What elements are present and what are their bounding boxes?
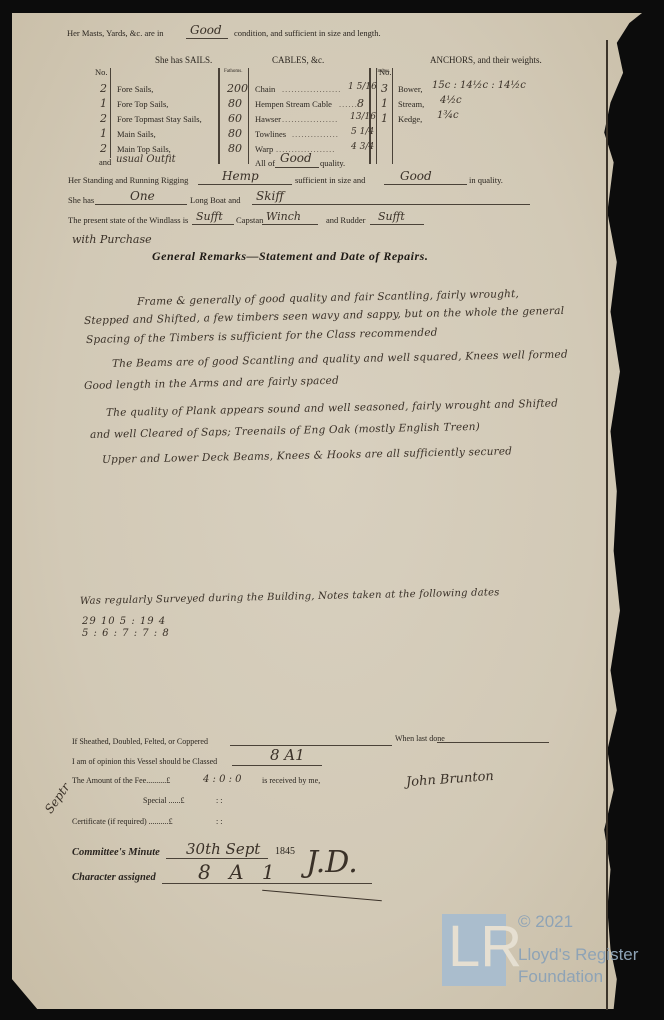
- leader-dots: ...............: [292, 129, 339, 139]
- sheathed-label: If Sheathed, Doubled, Felted, or Coppere…: [72, 737, 208, 746]
- rule: [110, 68, 111, 158]
- windlass-label: The present state of the Windlass is: [68, 215, 188, 225]
- sail-label: Fore Topmast Stay Sails,: [117, 114, 202, 124]
- sheathed-underline: [230, 745, 392, 746]
- purchase-note: with Purchase: [72, 233, 152, 246]
- sail-count: 2: [100, 142, 107, 155]
- rigging-label: Her Standing and Running Rigging: [68, 175, 188, 185]
- classed-label: I am of opinion this Vessel should be Cl…: [72, 757, 217, 766]
- sail-label: Main Top Sails,: [117, 144, 171, 154]
- cable-fathoms: 80: [228, 127, 242, 140]
- watermark-line2: Foundation: [518, 967, 603, 987]
- cable-inches: 4 3/4: [351, 142, 374, 152]
- rigging-quality-underline: [384, 184, 467, 185]
- sail-count: 2: [100, 82, 107, 95]
- cable-fathoms: 80: [228, 97, 242, 110]
- anchor-label: Kedge,: [398, 114, 422, 124]
- boats-label: She has: [68, 195, 94, 205]
- fee-suffix: is received by me,: [262, 776, 320, 785]
- boats-middle: Long Boat and: [190, 195, 241, 205]
- cable-inches: 13/16: [350, 112, 376, 122]
- all-of-value: Good: [280, 151, 312, 165]
- rudder-underline: [370, 224, 424, 225]
- anchor-label: Stream,: [398, 99, 424, 109]
- sail-count: 1: [100, 97, 107, 110]
- anchor-weight: 15c : 14½c : 14½c: [432, 80, 526, 91]
- anchor-weight: 1¾c: [437, 110, 459, 121]
- boats-underline: [95, 204, 187, 205]
- sails-header: She has SAILS.: [155, 55, 212, 65]
- special-colons: : :: [216, 796, 222, 805]
- remarks-title: General Remarks—Statement and Date of Re…: [152, 249, 428, 264]
- rigging-quality-value: Good: [400, 169, 432, 183]
- sail-count: 2: [100, 112, 107, 125]
- committee-year: 1845: [275, 846, 295, 857]
- cables-header: CABLES, &c.: [272, 55, 324, 65]
- rigging-underline: [198, 184, 292, 185]
- cable-inches: 8: [357, 97, 364, 110]
- sails-no-label: No.: [95, 67, 108, 77]
- all-of-underline: [275, 167, 319, 168]
- masts-value: Good: [190, 23, 222, 37]
- classed-underline: [232, 765, 322, 766]
- cable-inches: 5 1/4: [351, 127, 374, 137]
- rigging-value: Hemp: [222, 169, 259, 183]
- rudder-label: and Rudder: [326, 215, 365, 225]
- fathoms-label: Fathoms.: [224, 69, 242, 74]
- sail-count: 1: [100, 127, 107, 140]
- boats-skiff-value: Skiff: [256, 189, 284, 203]
- cable-fathoms: 60: [228, 112, 242, 125]
- character-value: 8 A 1: [198, 860, 281, 884]
- anchor-count: 3: [381, 82, 388, 95]
- windlass-value: Sufft: [196, 210, 223, 223]
- cable-label: Hempen Stream Cable: [255, 99, 332, 109]
- cable-label: Chain: [255, 84, 275, 94]
- capstan-underline: [262, 224, 318, 225]
- rule: [248, 68, 249, 164]
- character-label: Character assigned: [72, 872, 156, 883]
- survey-dates-top: 29 10 5 : 19 4: [82, 616, 166, 627]
- rule: [392, 68, 393, 164]
- quality-label: quality.: [320, 158, 345, 168]
- anchors-no-label: No.: [379, 67, 392, 77]
- cable-inches: 1 5/16: [348, 82, 377, 92]
- fee-value: 4 : 0 : 0: [203, 774, 242, 785]
- cable-label: Towlines: [255, 129, 286, 139]
- certificate-label: Certificate (if required) ..........£: [72, 817, 173, 826]
- rigging-middle: sufficient in size and: [295, 175, 365, 185]
- capstan-value: Winch: [266, 210, 301, 223]
- rudder-value: Sufft: [378, 210, 405, 223]
- rule: [218, 68, 220, 164]
- anchor-weight: 4½c: [440, 95, 462, 106]
- watermark-line1: Lloyd's Register: [518, 945, 638, 965]
- leader-dots: ......: [339, 99, 358, 109]
- cable-label: Hawser: [255, 114, 281, 124]
- anchor-count: 1: [381, 112, 388, 125]
- committee-value: 30th Sept: [186, 840, 260, 858]
- lr-logo-letters: LR: [448, 918, 522, 976]
- right-margin-rule: [606, 40, 608, 1010]
- lr-logo-icon: LR: [442, 914, 506, 986]
- committee-label: Committee's Minute: [72, 847, 160, 858]
- anchor-label: Bower,: [398, 84, 422, 94]
- anchor-count: 1: [381, 97, 388, 110]
- last-done-underline: [437, 742, 549, 743]
- rigging-suffix: in quality.: [469, 175, 503, 185]
- cable-fathoms: 80: [228, 142, 242, 155]
- sail-label: Main Sails,: [117, 129, 156, 139]
- sail-label: Fore Top Sails,: [117, 99, 168, 109]
- certificate-colons: : :: [216, 817, 222, 826]
- leader-dots: ..................: [282, 114, 338, 124]
- masts-label: Her Masts, Yards, &c. are in: [67, 28, 164, 38]
- fee-label: The Amount of the Fee..........£: [72, 776, 170, 785]
- committee-underline: [166, 858, 268, 859]
- sails-and-value: usual Outfit: [116, 154, 176, 165]
- masts-suffix: condition, and sufficient in size and le…: [234, 28, 381, 38]
- survey-dates-bottom: 5 : 6 : 7 : 7 : 8: [82, 628, 170, 639]
- watermark-copyright: © 2021: [518, 912, 573, 932]
- sail-label: Fore Sails,: [117, 84, 153, 94]
- initials: J.D.: [306, 845, 358, 880]
- anchors-header: ANCHORS, and their weights.: [430, 55, 542, 65]
- masts-underline: [186, 38, 228, 39]
- special-label: Special ......£: [143, 796, 185, 805]
- leader-dots: ...................: [282, 84, 341, 94]
- cable-fathoms: 200: [227, 82, 248, 95]
- capstan-label: Capstan: [236, 215, 263, 225]
- classed-value: 8 A1: [270, 746, 305, 764]
- windlass-underline: [192, 224, 234, 225]
- boats-value: One: [130, 189, 155, 203]
- cable-label: Warp: [255, 144, 273, 154]
- boats-skiff-underline: [252, 204, 530, 205]
- sails-and-label: and: [99, 157, 111, 167]
- all-of-label: All of: [255, 158, 275, 168]
